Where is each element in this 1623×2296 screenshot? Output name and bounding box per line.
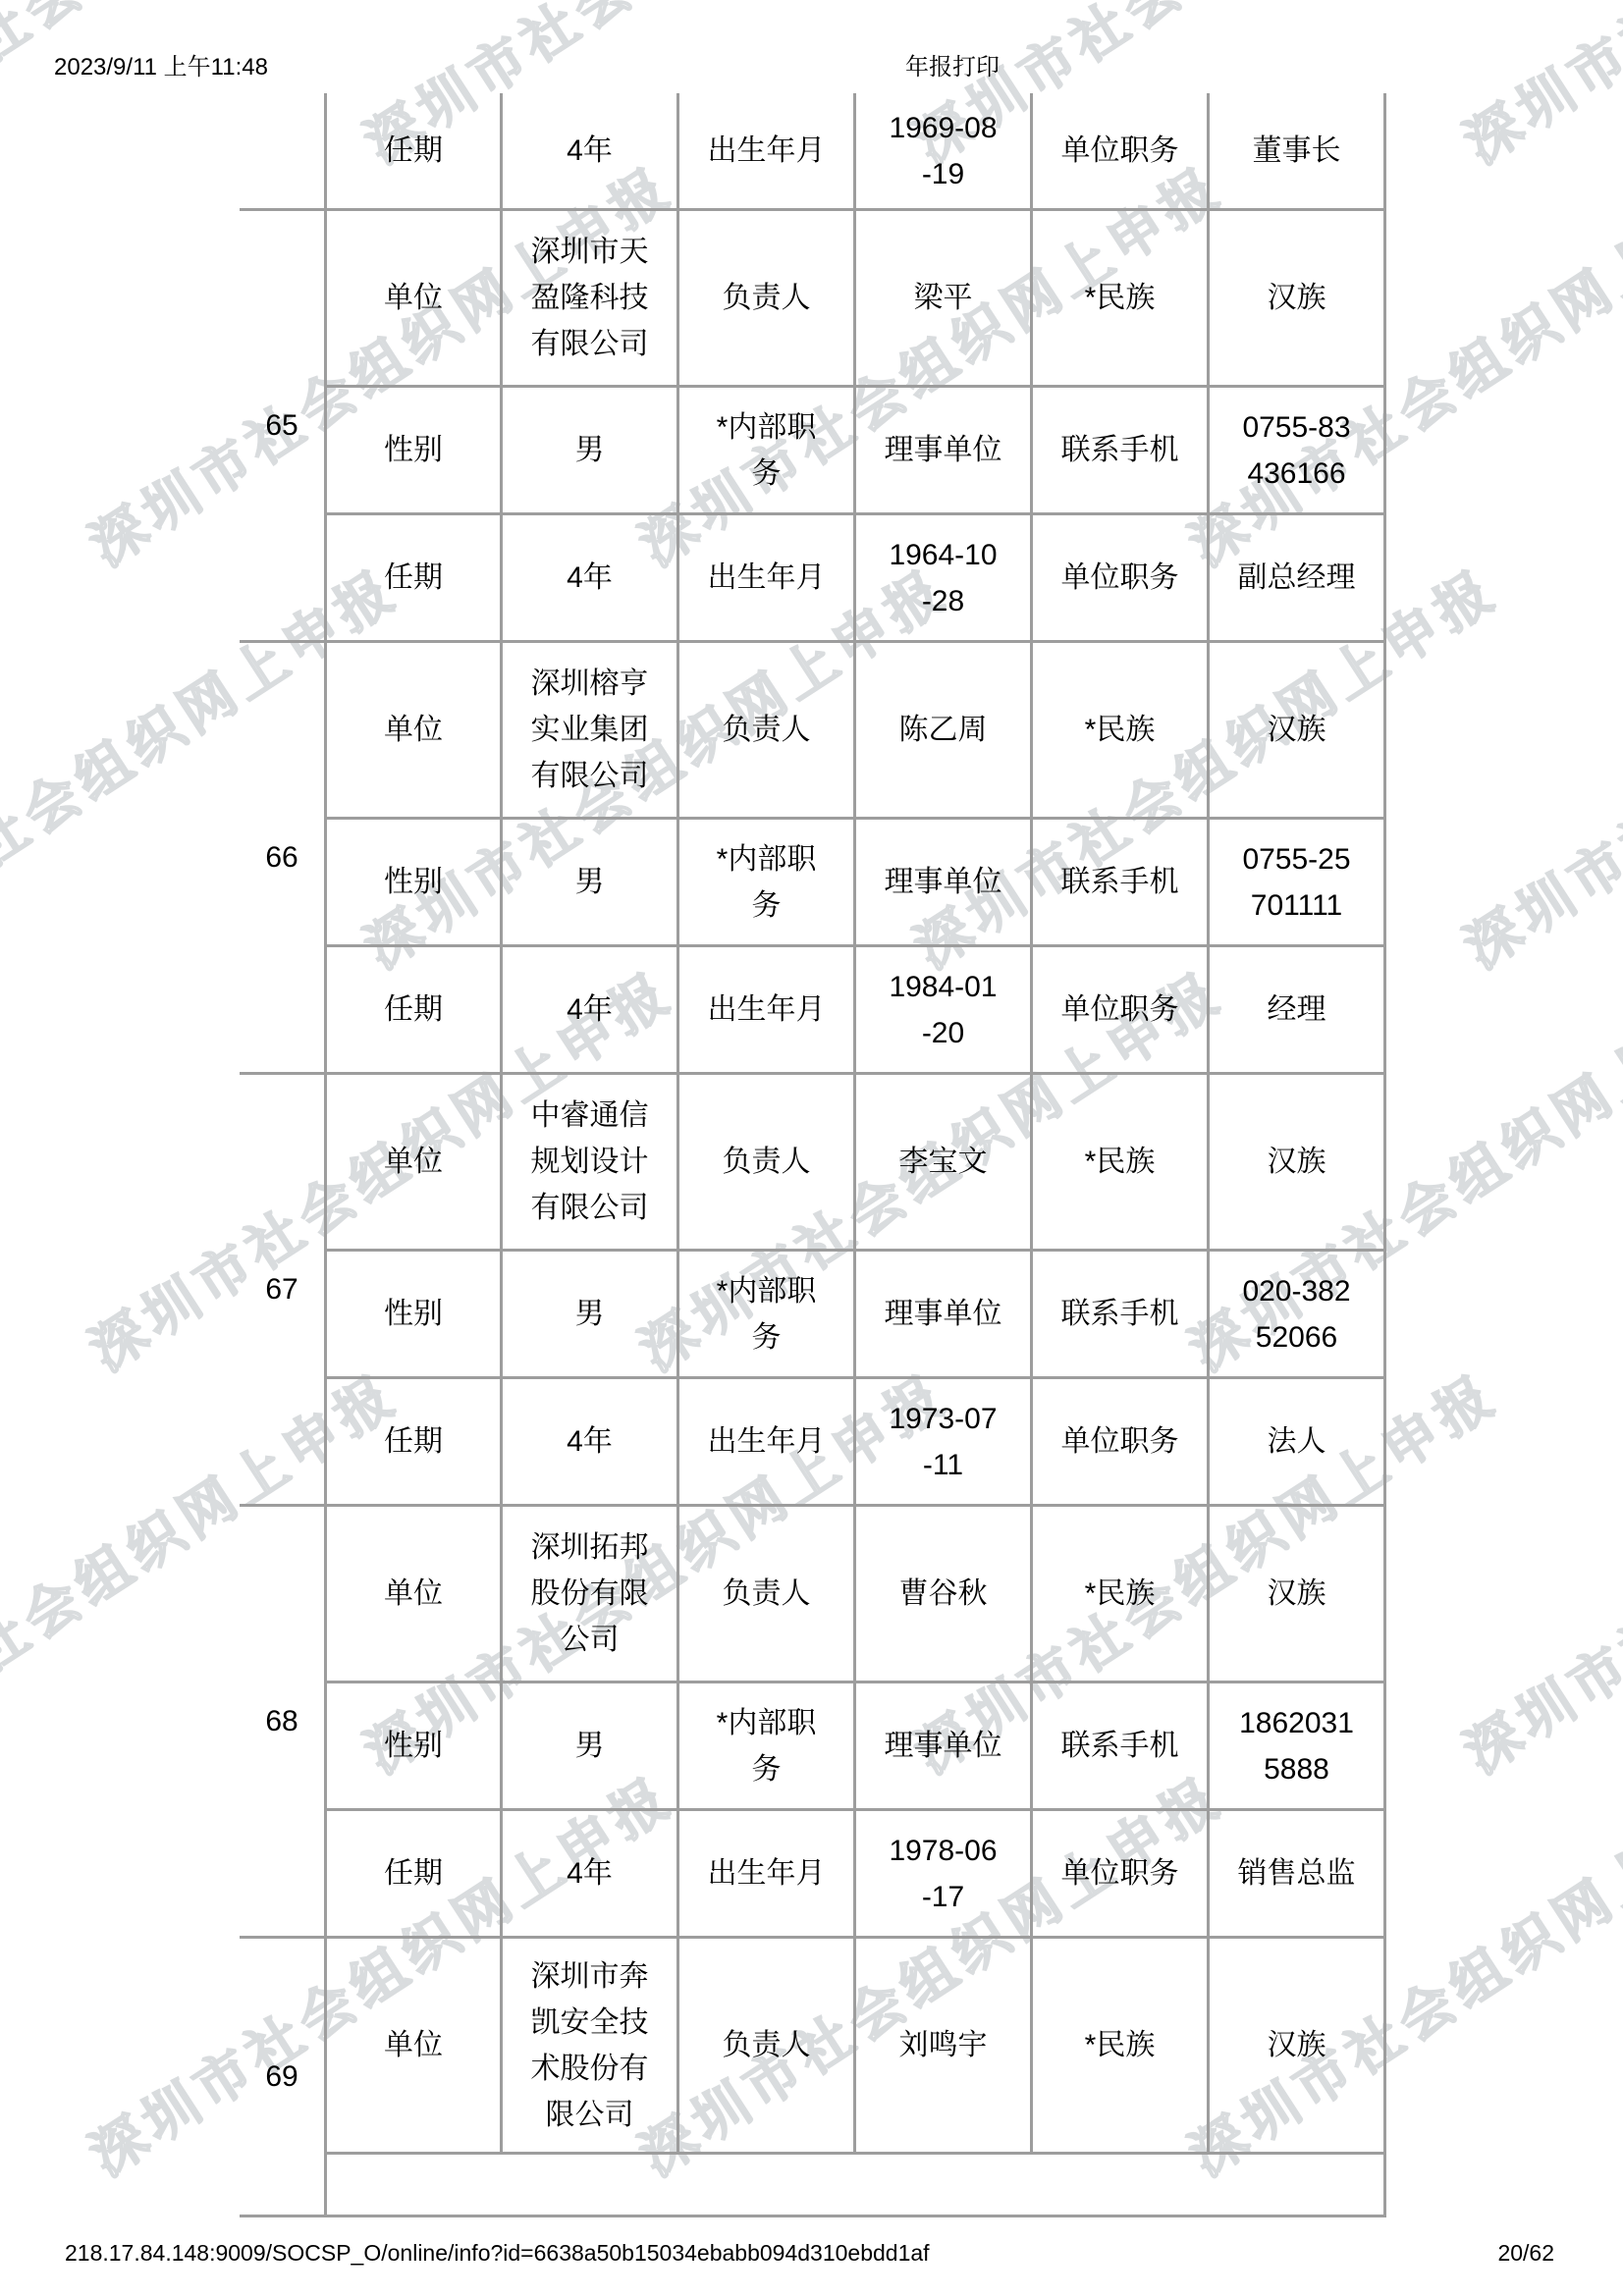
record-row: 65单位深圳市天 盈隆科技 有限公司负责人梁平*民族汉族 bbox=[240, 211, 1386, 388]
record-row: 67单位中睿通信 规划设计 有限公司负责人李宝文*民族汉族 bbox=[240, 1075, 1386, 1252]
field-label-cell: 性别 bbox=[327, 820, 503, 947]
watermark-text: 深圳市社会组织网上申报 bbox=[1447, 0, 1623, 179]
field-label-cell: *民族 bbox=[1033, 211, 1210, 388]
field-value-cell: 4年 bbox=[503, 1379, 679, 1507]
record-number-cell: 66 bbox=[240, 643, 327, 1075]
record-number-cell: 68 bbox=[240, 1507, 327, 1939]
record-number-cell: 65 bbox=[240, 211, 327, 643]
field-label-cell: 单位 bbox=[327, 1939, 503, 2155]
field-value-cell: 副总经理 bbox=[1210, 515, 1386, 643]
footer-page-number: 20/62 bbox=[1497, 2240, 1554, 2267]
field-label-cell: *民族 bbox=[1033, 643, 1210, 820]
field-value-cell: 梁平 bbox=[856, 211, 1033, 388]
print-datetime: 2023/9/11 上午11:48 bbox=[54, 47, 268, 81]
field-label-cell: *内部职 务 bbox=[679, 388, 856, 515]
field-value-cell: 4年 bbox=[503, 93, 679, 211]
field-label-cell: 性别 bbox=[327, 388, 503, 515]
field-value-cell: 理事单位 bbox=[856, 1252, 1033, 1379]
field-label-cell: 联系手机 bbox=[1033, 388, 1210, 515]
field-value-cell: 男 bbox=[503, 820, 679, 947]
field-label-cell: 单位职务 bbox=[1033, 1379, 1210, 1507]
watermark-text: 深圳市社会组织网上申报 bbox=[1447, 1353, 1623, 1789]
field-value-cell: 汉族 bbox=[1210, 211, 1386, 388]
field-label-cell: 联系手机 bbox=[1033, 1683, 1210, 1811]
field-value-cell: 1862031 5888 bbox=[1210, 1683, 1386, 1811]
field-value-cell: 刘鸣宇 bbox=[856, 1939, 1033, 2155]
field-value-cell: 董事长 bbox=[1210, 93, 1386, 211]
record-number-cell bbox=[240, 93, 327, 211]
field-value-cell: 深圳市天 盈隆科技 有限公司 bbox=[503, 211, 679, 388]
field-label-cell: 性别 bbox=[327, 1683, 503, 1811]
field-label-cell: 出生年月 bbox=[679, 947, 856, 1075]
field-value-cell: 0755-83 436166 bbox=[1210, 388, 1386, 515]
record-row: 69单位深圳市奔 凯安全技 术股份有 限公司负责人刘鸣宇*民族汉族 bbox=[240, 1939, 1386, 2155]
field-label-cell: 任期 bbox=[327, 1379, 503, 1507]
field-value-cell: 汉族 bbox=[1210, 1939, 1386, 2155]
field-value-cell: 深圳榕亨 实业集团 有限公司 bbox=[503, 643, 679, 820]
record-row: 性别男*内部职 务理事单位联系手机0755-83 436166 bbox=[240, 388, 1386, 515]
field-label-cell: 单位职务 bbox=[1033, 1811, 1210, 1939]
field-label-cell: 出生年月 bbox=[679, 515, 856, 643]
field-value-cell: 4年 bbox=[503, 1811, 679, 1939]
field-value-cell: 男 bbox=[503, 388, 679, 515]
field-label-cell: 单位职务 bbox=[1033, 947, 1210, 1075]
field-label-cell: 出生年月 bbox=[679, 93, 856, 211]
footer-url: 218.17.84.148:9009/SOCSP_O/online/info?i… bbox=[65, 2240, 930, 2267]
field-value-cell: 曹谷秋 bbox=[856, 1507, 1033, 1683]
field-value-cell: 中睿通信 规划设计 有限公司 bbox=[503, 1075, 679, 1252]
record-row: 性别男*内部职 务理事单位联系手机1862031 5888 bbox=[240, 1683, 1386, 1811]
field-label-cell: 单位职务 bbox=[1033, 515, 1210, 643]
field-value-cell: 4年 bbox=[503, 947, 679, 1075]
field-label-cell: 负责人 bbox=[679, 1075, 856, 1252]
field-label-cell: 单位 bbox=[327, 1507, 503, 1683]
field-value-cell: 4年 bbox=[503, 515, 679, 643]
field-label-cell: 性别 bbox=[327, 1252, 503, 1379]
field-label-cell: 单位 bbox=[327, 1075, 503, 1252]
record-number-cell: 69 bbox=[240, 1939, 327, 2217]
field-value-cell: 经理 bbox=[1210, 947, 1386, 1075]
watermark-text: 深圳市社会组织网上申报 bbox=[1447, 548, 1623, 985]
field-value-cell: 理事单位 bbox=[856, 820, 1033, 947]
field-value-cell: 销售总监 bbox=[1210, 1811, 1386, 1939]
field-label-cell: 单位职务 bbox=[1033, 93, 1210, 211]
field-value-cell: 汉族 bbox=[1210, 1507, 1386, 1683]
field-label-cell: 负责人 bbox=[679, 1939, 856, 2155]
field-label-cell: 出生年月 bbox=[679, 1811, 856, 1939]
field-label-cell: 任期 bbox=[327, 93, 503, 211]
field-label-cell: 任期 bbox=[327, 1811, 503, 1939]
field-value-cell: 男 bbox=[503, 1252, 679, 1379]
field-label-cell: 任期 bbox=[327, 947, 503, 1075]
field-label-cell: *内部职 务 bbox=[679, 1683, 856, 1811]
record-row: 任期4年出生年月1964-10 -28单位职务副总经理 bbox=[240, 515, 1386, 643]
record-row: 68单位深圳拓邦 股份有限 公司负责人曹谷秋*民族汉族 bbox=[240, 1507, 1386, 1683]
truncated-row bbox=[240, 2155, 1386, 2217]
field-value-cell: 李宝文 bbox=[856, 1075, 1033, 1252]
record-row: 性别男*内部职 务理事单位联系手机020-382 52066 bbox=[240, 1252, 1386, 1379]
field-value-cell: 1978-06 -17 bbox=[856, 1811, 1033, 1939]
print-title: 年报打印 bbox=[905, 47, 1000, 81]
field-value-cell: 0755-25 701111 bbox=[1210, 820, 1386, 947]
field-label-cell: *民族 bbox=[1033, 1507, 1210, 1683]
field-value-cell: 1984-01 -20 bbox=[856, 947, 1033, 1075]
field-value-cell: 男 bbox=[503, 1683, 679, 1811]
field-value-cell: 1964-10 -28 bbox=[856, 515, 1033, 643]
report-table-wrap: 任期4年出生年月1969-08 -19单位职务董事长65单位深圳市天 盈隆科技 … bbox=[240, 93, 1386, 2217]
field-label-cell: 联系手机 bbox=[1033, 820, 1210, 947]
print-preview-page: 深圳市社会组织网上申报深圳市社会组织网上申报深圳市社会组织网上申报深圳市社会组织… bbox=[0, 0, 1623, 2296]
report-table: 任期4年出生年月1969-08 -19单位职务董事长65单位深圳市天 盈隆科技 … bbox=[240, 93, 1386, 2217]
field-label-cell: 任期 bbox=[327, 515, 503, 643]
field-label-cell: 单位 bbox=[327, 643, 503, 820]
field-value-cell: 汉族 bbox=[1210, 1075, 1386, 1252]
record-row: 性别男*内部职 务理事单位联系手机0755-25 701111 bbox=[240, 820, 1386, 947]
field-label-cell: *内部职 务 bbox=[679, 820, 856, 947]
field-value-cell: 法人 bbox=[1210, 1379, 1386, 1507]
field-value-cell: 1969-08 -19 bbox=[856, 93, 1033, 211]
field-label-cell: 负责人 bbox=[679, 1507, 856, 1683]
field-label-cell: *内部职 务 bbox=[679, 1252, 856, 1379]
field-value-cell: 1973-07 -11 bbox=[856, 1379, 1033, 1507]
field-label-cell: *民族 bbox=[1033, 1075, 1210, 1252]
field-value-cell: 深圳市奔 凯安全技 术股份有 限公司 bbox=[503, 1939, 679, 2155]
field-label-cell: 出生年月 bbox=[679, 1379, 856, 1507]
record-row: 任期4年出生年月1984-01 -20单位职务经理 bbox=[240, 947, 1386, 1075]
field-value-cell: 深圳拓邦 股份有限 公司 bbox=[503, 1507, 679, 1683]
field-label-cell: 联系手机 bbox=[1033, 1252, 1210, 1379]
field-value-cell: 020-382 52066 bbox=[1210, 1252, 1386, 1379]
field-value-cell: 陈乙周 bbox=[856, 643, 1033, 820]
truncated-row-cell bbox=[327, 2155, 1386, 2217]
field-value-cell: 汉族 bbox=[1210, 643, 1386, 820]
record-row: 66单位深圳榕亨 实业集团 有限公司负责人陈乙周*民族汉族 bbox=[240, 643, 1386, 820]
record-row: 任期4年出生年月1978-06 -17单位职务销售总监 bbox=[240, 1811, 1386, 1939]
field-label-cell: 负责人 bbox=[679, 643, 856, 820]
record-row: 任期4年出生年月1973-07 -11单位职务法人 bbox=[240, 1379, 1386, 1507]
field-label-cell: 单位 bbox=[327, 211, 503, 388]
field-label-cell: 负责人 bbox=[679, 211, 856, 388]
field-value-cell: 理事单位 bbox=[856, 1683, 1033, 1811]
field-label-cell: *民族 bbox=[1033, 1939, 1210, 2155]
record-number-cell: 67 bbox=[240, 1075, 327, 1507]
field-value-cell: 理事单位 bbox=[856, 388, 1033, 515]
continued-row: 任期4年出生年月1969-08 -19单位职务董事长 bbox=[240, 93, 1386, 211]
